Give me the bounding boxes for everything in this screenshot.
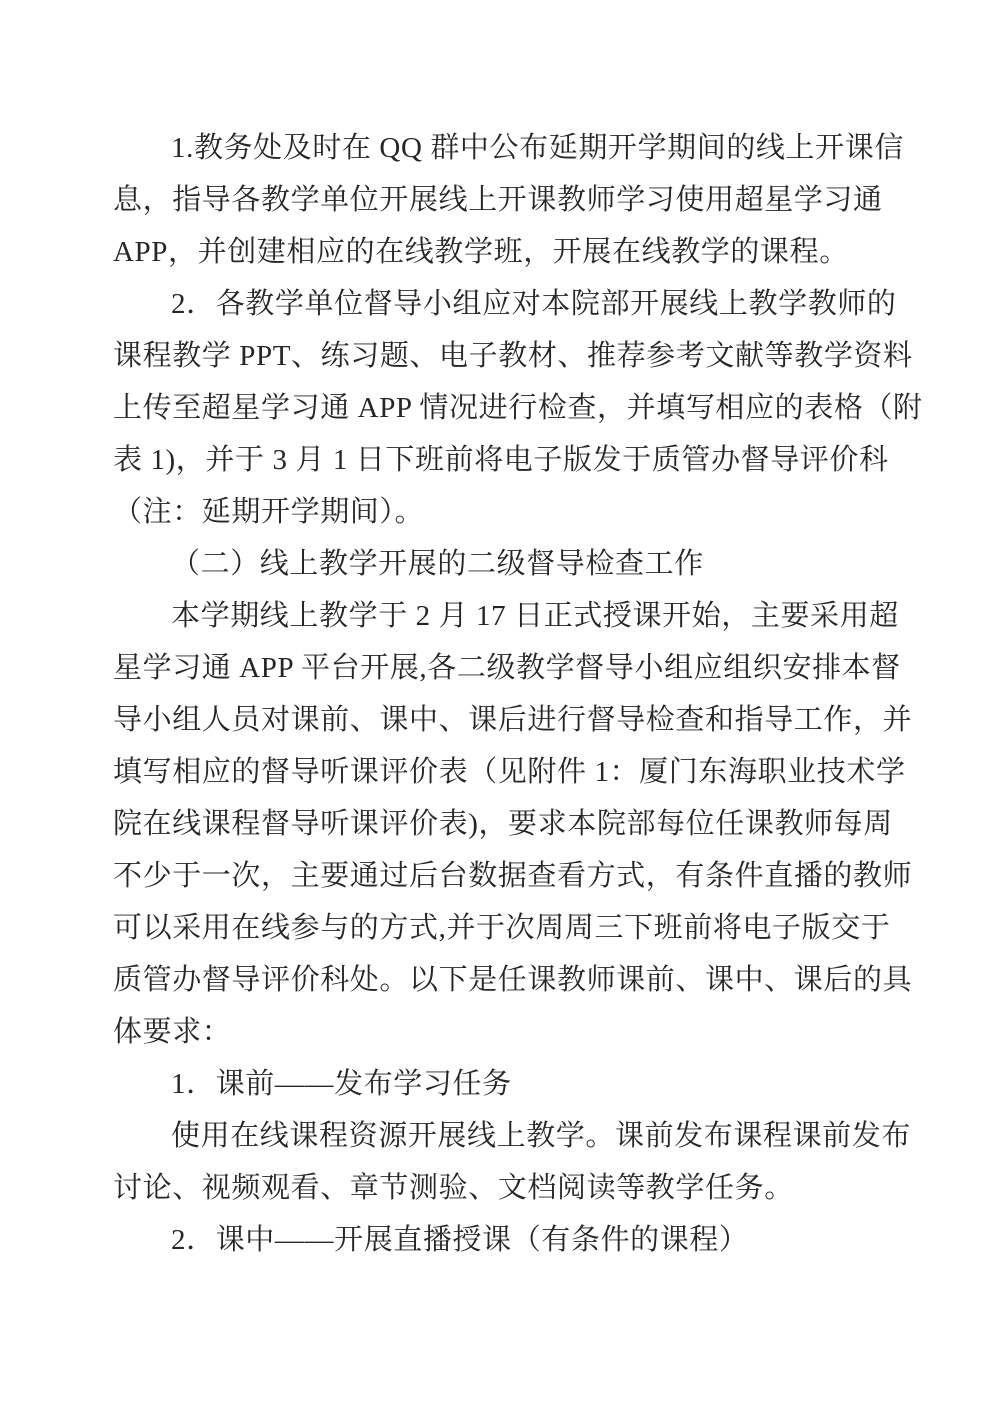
text-line: 表 1)，并于 3 月 1 日下班前将电子版发于质管办督导评价科	[113, 434, 869, 486]
section-heading-line: （二）线上教学开展的二级督导检查工作	[113, 538, 869, 590]
text-line: 星学习通 APP 平台开展,各二级教学督导小组应组织安排本督	[113, 642, 869, 694]
text-line: 息，指导各教学单位开展线上开课教师学习使用超星学习通	[113, 174, 869, 226]
text-line: APP，并创建相应的在线教学班，开展在线教学的课程。	[113, 226, 869, 278]
section-heading-two: （二）线上教学开展的二级督导检查工作	[113, 538, 869, 590]
item-heading-line: 2．课中——开展直播授课（有条件的课程）	[113, 1214, 869, 1266]
text-line: 院在线课程督导听课评价表)，要求本院部每位任课教师每周	[113, 798, 869, 850]
paragraph-before-class-tasks: 使用在线课程资源开展线上教学。课前发布课程课前发布 讨论、视频观看、章节测验、文…	[113, 1110, 869, 1214]
text-line: 可以采用在线参与的方式,并于次周周三下班前将电子版交于	[113, 902, 869, 954]
text-line: 导小组人员对课前、课中、课后进行督导检查和指导工作，并	[113, 694, 869, 746]
text-line: 1.教务处及时在 QQ 群中公布延期开学期间的线上开课信	[113, 122, 869, 174]
text-line: 质管办督导评价科处。以下是任课教师课前、课中、课后的具	[113, 954, 869, 1006]
text-line: （注：延期开学期间）。	[113, 486, 869, 538]
text-line: 不少于一次，主要通过后台数据查看方式，有条件直播的教师	[113, 850, 869, 902]
text-line: 讨论、视频观看、章节测验、文档阅读等教学任务。	[113, 1162, 869, 1214]
text-line: 课程教学 PPT、练习题、电子教材、推荐参考文献等教学资料	[113, 330, 869, 382]
item-heading-before-class: 1．课前——发布学习任务	[113, 1058, 869, 1110]
text-line: 体要求：	[113, 1006, 869, 1058]
text-line: 2．各教学单位督导小组应对本院部开展线上教学教师的	[113, 278, 869, 330]
document-body: 1.教务处及时在 QQ 群中公布延期开学期间的线上开课信 息，指导各教学单位开展…	[113, 122, 869, 1266]
text-line: 填写相应的督导听课评价表（见附件 1：厦门东海职业技术学	[113, 746, 869, 798]
item-heading-line: 1．课前——发布学习任务	[113, 1058, 869, 1110]
paragraph-material-check: 2．各教学单位督导小组应对本院部开展线上教学教师的 课程教学 PPT、练习题、电…	[113, 278, 869, 538]
document-page: 1.教务处及时在 QQ 群中公布延期开学期间的线上开课信 息，指导各教学单位开展…	[0, 0, 992, 1404]
paragraph-supervision-arrangement: 本学期线上教学于 2 月 17 日正式授课开始，主要采用超 星学习通 APP 平…	[113, 590, 869, 1058]
text-line: 本学期线上教学于 2 月 17 日正式授课开始，主要采用超	[113, 590, 869, 642]
item-heading-during-class: 2．课中——开展直播授课（有条件的课程）	[113, 1214, 869, 1266]
paragraph-qq-course-info: 1.教务处及时在 QQ 群中公布延期开学期间的线上开课信 息，指导各教学单位开展…	[113, 122, 869, 278]
text-line: 使用在线课程资源开展线上教学。课前发布课程课前发布	[113, 1110, 869, 1162]
text-line: 上传至超星学习通 APP 情况进行检查，并填写相应的表格（附	[113, 382, 869, 434]
